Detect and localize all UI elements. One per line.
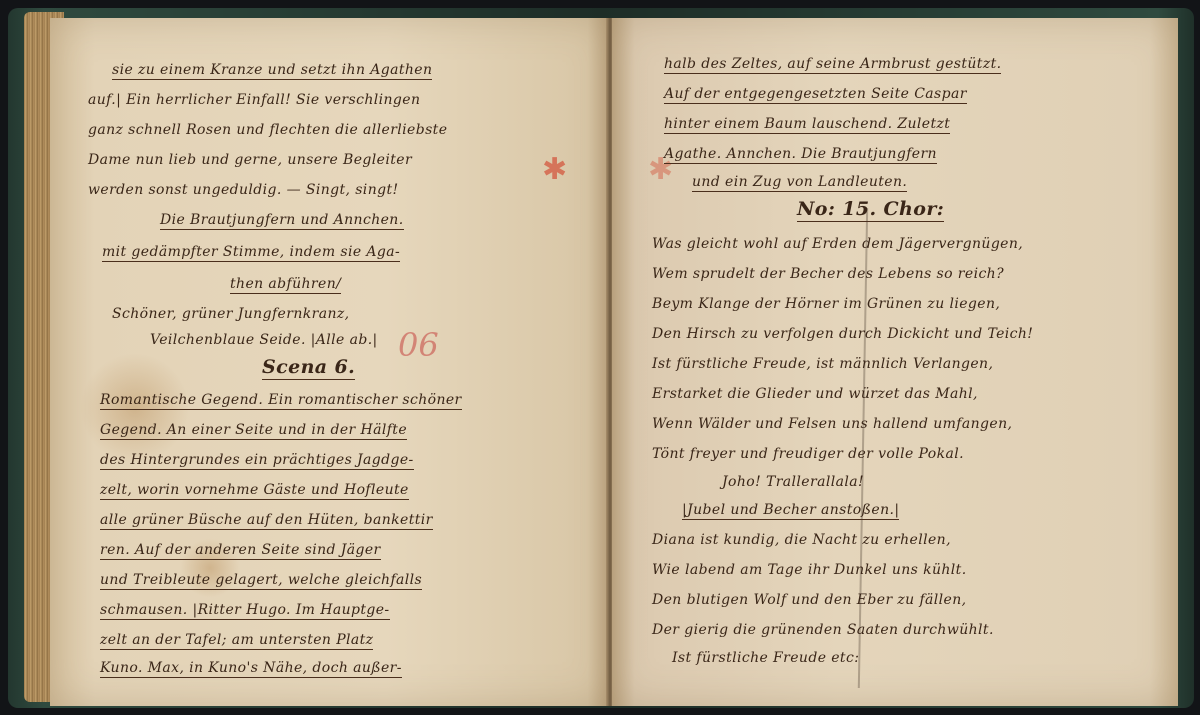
manuscript-line: Agathe. Annchen. Die Brautjungfern — [664, 146, 937, 164]
manuscript-line: und Treibleute gelagert, welche gleichfa… — [100, 572, 422, 590]
lyric-line: Ist fürstliche Freude etc: — [672, 650, 859, 666]
manuscript-line: sie zu einem Kranze und setzt ihn Agathe… — [112, 62, 432, 80]
manuscript-line: ganz schnell Rosen und flechten die alle… — [88, 122, 447, 138]
manuscript-line: Romantische Gegend. Ein romantischer sch… — [100, 392, 462, 410]
lyric-line: Erstarket die Glieder und würzet das Mah… — [652, 386, 978, 402]
lyric-line: Tönt freyer und freudiger der volle Poka… — [652, 446, 964, 462]
lyric-line: Der gierig die grünenden Saaten durchwüh… — [652, 622, 994, 638]
manuscript-line: alle grüner Büsche auf den Hüten, banket… — [100, 512, 433, 530]
lyric-line: Beym Klange der Hörner im Grünen zu lieg… — [652, 296, 1000, 312]
manuscript-line: des Hintergrundes ein prächtiges Jagdge- — [100, 452, 414, 470]
stage-direction: mit gedämpfter Stimme, indem sie Aga- — [102, 244, 400, 262]
stage-direction: then abführen/ — [230, 276, 341, 294]
manuscript-line: zelt an der Tafel; am untersten Platz — [100, 632, 373, 650]
manuscript-line: werden sonst ungeduldig. — Singt, singt! — [88, 182, 399, 198]
lyric-line: Den Hirsch zu verfolgen durch Dickicht u… — [652, 326, 1033, 342]
stage-direction: |Jubel und Becher anstoßen.| — [682, 502, 899, 520]
lyric-line: Wie labend am Tage ihr Dunkel uns kühlt. — [652, 562, 967, 578]
manuscript-line: ren. Auf der anderen Seite sind Jäger — [100, 542, 381, 560]
lyric-line: Wenn Wälder und Felsen uns hallend umfan… — [652, 416, 1012, 432]
manuscript-line: Veilchenblaue Seide. |Alle ab.| — [150, 332, 378, 348]
manuscript-line: auf.| Ein herrlicher Einfall! Sie versch… — [88, 92, 420, 108]
manuscript-line: zelt, worin vornehme Gäste und Hofleute — [100, 482, 409, 500]
lyric-line: Wem sprudelt der Becher des Lebens so re… — [652, 266, 1004, 282]
manuscript-line: schmausen. |Ritter Hugo. Im Hauptge- — [100, 602, 390, 620]
red-number-mark: 06 — [398, 326, 439, 364]
manuscript-line: und ein Zug von Landleuten. — [692, 174, 907, 192]
number-heading: No: 15. Chor: — [797, 198, 944, 222]
right-page: ✱ halb des Zeltes, auf seine Armbrust ge… — [612, 18, 1178, 706]
manuscript-line: Dame nun lieb und gerne, unsere Begleite… — [88, 152, 412, 168]
scene-heading: Scena 6. — [262, 356, 355, 380]
stage-direction: Die Brautjungfern und Annchen. — [160, 212, 404, 230]
manuscript-line: hinter einem Baum lauschend. Zuletzt — [664, 116, 950, 134]
left-page: sie zu einem Kranze und setzt ihn Agathe… — [50, 18, 610, 706]
manuscript-line: Auf der entgegengesetzten Seite Caspar — [664, 86, 967, 104]
lyric-line: Was gleicht wohl auf Erden dem Jägerverg… — [652, 236, 1023, 252]
manuscript-line: Gegend. An einer Seite und in der Hälfte — [100, 422, 407, 440]
manuscript-line: Schöner, grüner Jungfernkranz, — [112, 306, 350, 322]
manuscript-line: halb des Zeltes, auf seine Armbrust gest… — [664, 56, 1001, 74]
lyric-line: Ist fürstliche Freude, ist männlich Verl… — [652, 356, 993, 372]
lyric-line: Den blutigen Wolf und den Eber zu fällen… — [652, 592, 966, 608]
lyric-line: Joho! Trallerallala! — [722, 474, 864, 490]
lyric-line: Diana ist kundig, die Nacht zu erhellen, — [652, 532, 951, 548]
red-star-mark: ✱ — [542, 152, 567, 187]
manuscript-line: Kuno. Max, in Kuno's Nähe, doch außer- — [100, 660, 402, 678]
